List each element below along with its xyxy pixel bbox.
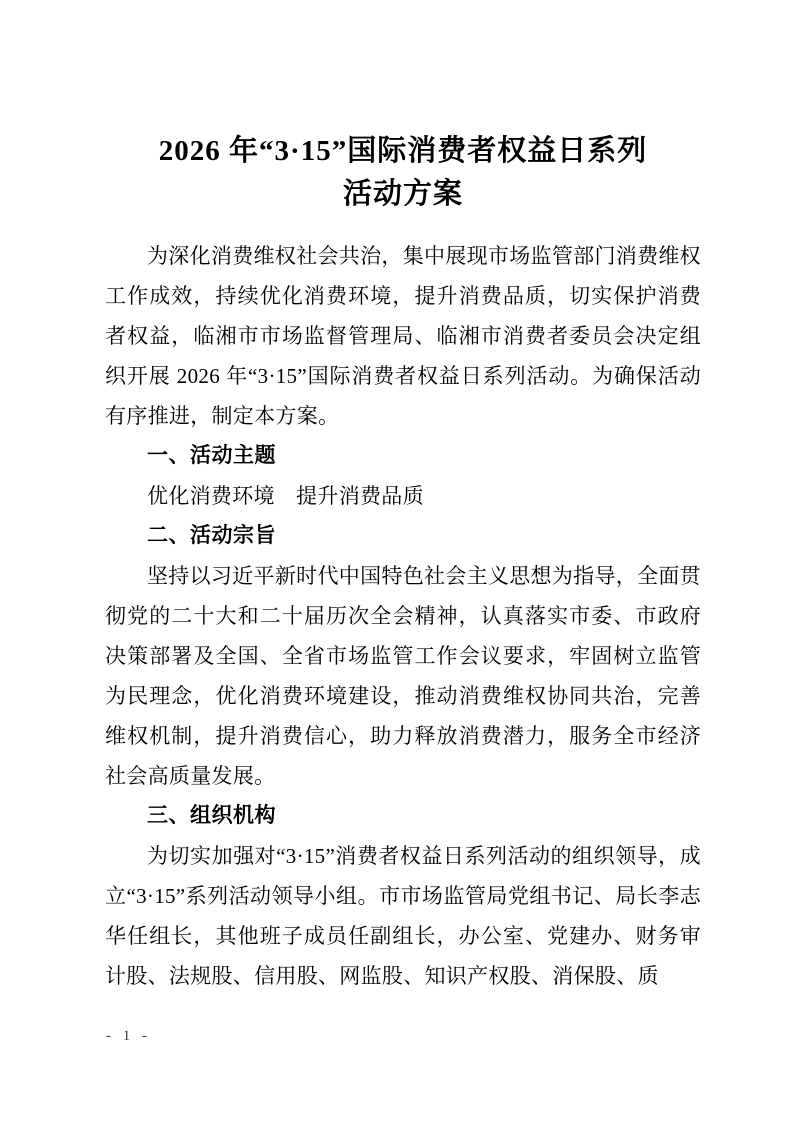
page-number: - 1 - [106, 1026, 151, 1046]
section-3-heading: 三、组织机构 [105, 796, 701, 836]
section-3-body: 为切实加强对“3·15”消费者权益日系列活动的组织领导，成立“3·15”系列活动… [105, 836, 701, 996]
section-2-body: 坚持以习近平新时代中国特色社会主义思想为指导，全面贯彻党的二十大和二十届历次全会… [105, 556, 701, 796]
section-2-heading: 二、活动宗旨 [105, 516, 701, 556]
title-line-2: 活动方案 [105, 173, 701, 216]
document-page: 2026 年“3·15”国际消费者权益日系列 活动方案 为深化消费维权社会共治，… [0, 0, 793, 1122]
title-line-1: 2026 年“3·15”国际消费者权益日系列 [105, 130, 701, 173]
document-body: 2026 年“3·15”国际消费者权益日系列 活动方案 为深化消费维权社会共治，… [105, 130, 701, 996]
section-1-heading: 一、活动主题 [105, 436, 701, 476]
document-title: 2026 年“3·15”国际消费者权益日系列 活动方案 [105, 130, 701, 216]
intro-paragraph: 为深化消费维权社会共治，集中展现市场监管部门消费维权工作成效，持续优化消费环境，… [105, 236, 701, 436]
section-1-body: 优化消费环境 提升消费品质 [105, 476, 701, 516]
